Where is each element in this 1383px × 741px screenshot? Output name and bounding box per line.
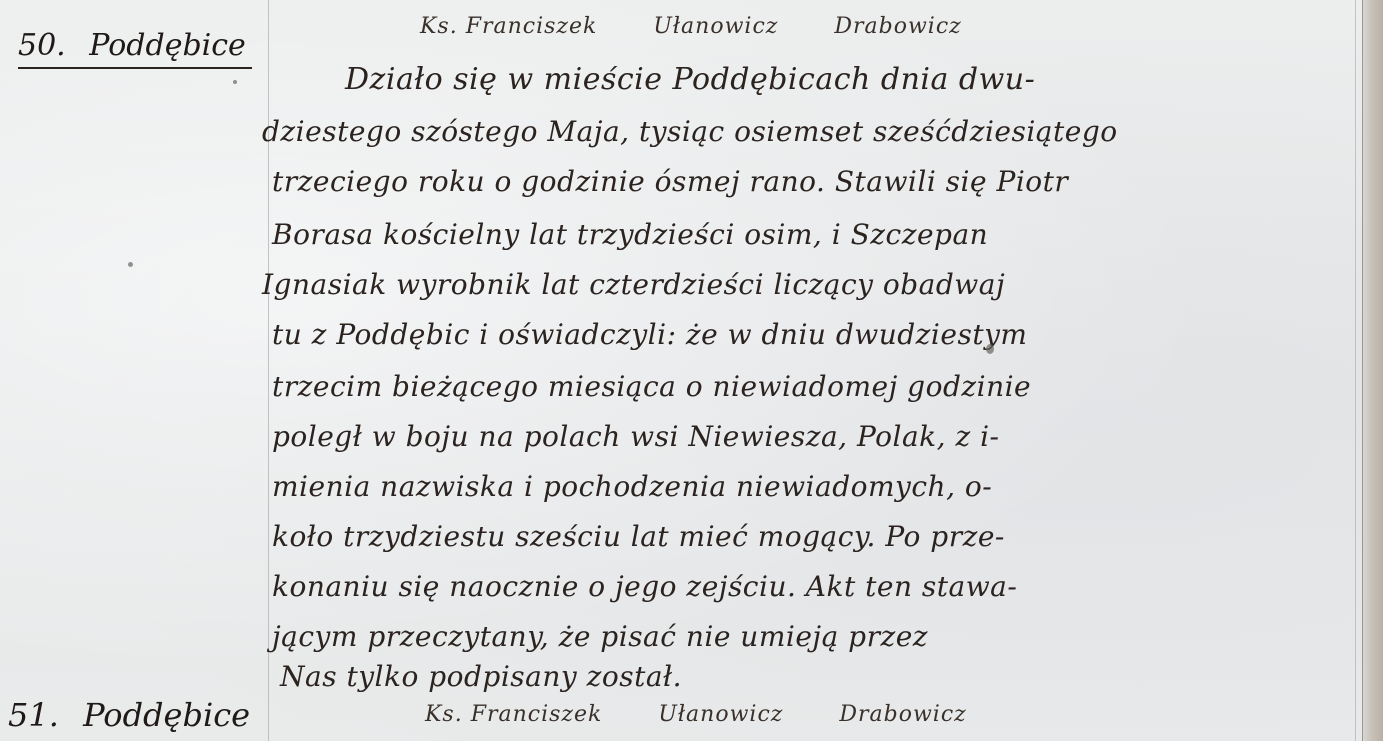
signature-witness-1: Ułanowicz <box>658 702 783 727</box>
record-line-6: tu z Poddębic i oświadczyli: że w dniu d… <box>272 318 1027 351</box>
entry-number: 50. <box>18 28 66 63</box>
signature-priest: Ks. Franciszek <box>420 14 597 39</box>
margin-rule <box>268 0 269 741</box>
register-page: 50. Poddębice Ks. Franciszek Ułanowicz D… <box>0 0 1383 741</box>
record-line-1: Działo się w mieście Poddębicach dnia dw… <box>345 62 1035 97</box>
entry-50-top-signatures: Ks. Franciszek Ułanowicz Drabowicz <box>420 14 1010 39</box>
entry-place: Poddębice <box>89 28 246 63</box>
record-line-8: poległ w boju na polach wsi Niewiesza, P… <box>272 420 1000 453</box>
signature-priest: Ks. Franciszek <box>425 702 602 727</box>
entry-place: Poddębice <box>83 696 250 734</box>
signature-witness-1: Ułanowicz <box>653 14 778 39</box>
record-line-4: Borasa kościelny lat trzydzieści osim, i… <box>272 218 988 251</box>
page-binding-edge <box>1362 0 1383 741</box>
record-line-5: Ignasiak wyrobnik lat czterdzieści liczą… <box>262 268 1005 301</box>
record-line-9: mienia nazwiska i pochodzenia niewiadomy… <box>272 470 992 503</box>
entry-number: 51. <box>8 696 59 734</box>
signature-witness-2: Drabowicz <box>839 702 966 727</box>
right-rule <box>1355 0 1356 741</box>
ink-blot <box>986 344 994 354</box>
record-line-11: konaniu się naocznie o jego zejściu. Akt… <box>272 570 1017 603</box>
signature-witness-2: Drabowicz <box>834 14 961 39</box>
record-line-7: trzecim bieżącego miesiąca o niewiadomej… <box>272 370 1031 403</box>
record-line-2: dziestego szóstego Maja, tysiąc osiemset… <box>262 115 1118 148</box>
record-line-3: trzeciego roku o godzinie ósmej rano. St… <box>272 165 1068 198</box>
entry-50-margin-heading: 50. Poddębice <box>18 28 252 69</box>
ink-dot <box>233 80 237 84</box>
record-line-10: koło trzydziestu sześciu lat mieć mogący… <box>272 520 1005 553</box>
entry-51-margin-heading: 51. Poddębice <box>8 696 250 734</box>
record-line-13: Nas tylko podpisany został. <box>280 660 682 693</box>
record-line-12: jącym przeczytany, że pisać nie umieją p… <box>272 620 928 653</box>
ink-dot <box>128 262 133 267</box>
entry-50-bottom-signatures: Ks. Franciszek Ułanowicz Drabowicz <box>425 702 1015 727</box>
